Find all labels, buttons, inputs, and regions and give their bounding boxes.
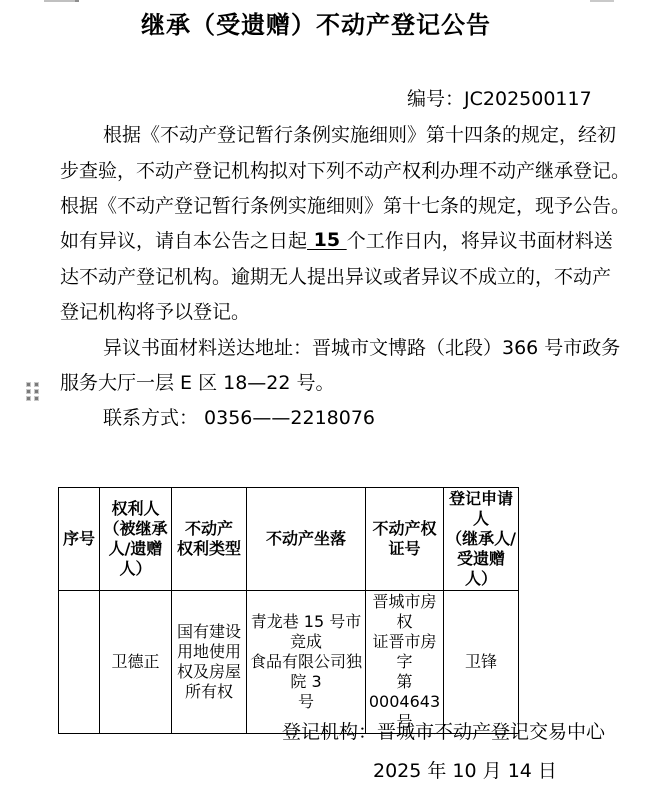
window-edge-artifact-left-tip bbox=[75, 0, 79, 2]
notice-body: 根据《不动产登记暂行条例实施细则》第十四条的规定，经初步查验，不动产登记机构拟对… bbox=[60, 116, 652, 435]
body-line: 登记机构将予以登记。 bbox=[60, 293, 652, 328]
cell-rights-holder: 卫德正 bbox=[100, 591, 172, 734]
text-segment: 登记机构将予以登记。 bbox=[60, 297, 250, 324]
text-segment: 步查验，不动产登记机构拟对下列不动产权利办理不动产继承登记。 bbox=[60, 156, 630, 183]
col-header-property-location: 不动产坐落 bbox=[247, 488, 366, 591]
col-header-certificate-no: 不动产权证号 bbox=[366, 488, 444, 591]
cell-certificate-no: 晋城市房权 证晋市房字 第 0004643 号 bbox=[366, 591, 444, 734]
col-header-applicant: 登记申请人 （继承人/ 受遗赠人） bbox=[444, 488, 519, 591]
cell-right-type: 国有建设 用地使用 权及房屋 所有权 bbox=[172, 591, 247, 734]
body-line: 根据《不动产登记暂行条例实施细则》第十七条的规定，现予公告。 bbox=[60, 187, 652, 222]
text-segment: 达不动产登记机构。逾期无人提出异议或者异议不成立的，不动产 bbox=[60, 262, 611, 289]
text-segment: 如有异议，请自本公告之日起 bbox=[60, 226, 307, 253]
cell-property-location: 青龙巷 15 号市竞成 食品有限公司独院 3 号 bbox=[247, 591, 366, 734]
text-segment: 15 bbox=[307, 229, 347, 251]
body-line: 如有异议，请自本公告之日起 15 个工作日内，将异议书面材料送 bbox=[60, 222, 652, 257]
body-line: 异议书面材料送达地址：晋城市文博路（北段）366 号市政务 bbox=[60, 328, 652, 363]
col-header-serial: 序号 bbox=[59, 488, 100, 591]
text-segment: 个工作日内，将异议书面材料送 bbox=[347, 226, 613, 253]
registration-table: 序号 权利人 （被继承 人/遗赠 人） 不动产 权利类型 不动产坐落 不动产权证… bbox=[58, 487, 519, 734]
text-segment: 异议书面材料送达地址：晋城市文博路（北段）366 号市政务 bbox=[103, 333, 620, 360]
notice-document-page: 继承（受遗赠）不动产登记公告 编号：JC202500117 根据《不动产登记暂行… bbox=[0, 0, 657, 792]
body-line: 达不动产登记机构。逾期无人提出异议或者异议不成立的，不动产 bbox=[60, 258, 652, 293]
table-header-row: 序号 权利人 （被继承 人/遗赠 人） 不动产 权利类型 不动产坐落 不动产权证… bbox=[59, 488, 519, 591]
notice-date: 2025 年 10 月 14 日 bbox=[373, 756, 557, 783]
page-title: 继承（受遗赠）不动产登记公告 bbox=[0, 5, 632, 40]
text-segment: 根据《不动产登记暂行条例实施细则》第十四条的规定，经初 bbox=[103, 120, 616, 147]
body-line: 根据《不动产登记暂行条例实施细则》第十四条的规定，经初 bbox=[60, 116, 652, 151]
drag-handle-icon[interactable] bbox=[27, 383, 38, 400]
window-edge-artifact-left bbox=[44, 0, 75, 2]
cell-serial bbox=[59, 591, 100, 734]
doc-number-label: 编号： bbox=[407, 88, 464, 110]
text-segment: 根据《不动产登记暂行条例实施细则》第十七条的规定，现予公告。 bbox=[60, 191, 630, 218]
body-line: 步查验，不动产登记机构拟对下列不动产权利办理不动产继承登记。 bbox=[60, 151, 652, 186]
registry-authority-line: 登记机构：晋城市不动产登记交易中心 bbox=[282, 717, 605, 744]
table-row: 卫德正 国有建设 用地使用 权及房屋 所有权 青龙巷 15 号市竞成 食品有限公… bbox=[59, 591, 519, 734]
body-line: 联系方式： 0356——2218076 bbox=[60, 399, 652, 434]
cell-applicant: 卫锋 bbox=[444, 591, 519, 734]
text-segment: 服务大厅一层 E 区 18—22 号。 bbox=[60, 368, 335, 395]
doc-number-line: 编号：JC202500117 bbox=[407, 84, 592, 111]
doc-number-value: JC202500117 bbox=[464, 88, 592, 110]
body-line: 服务大厅一层 E 区 18—22 号。 bbox=[60, 364, 652, 399]
text-segment: 联系方式： 0356——2218076 bbox=[103, 403, 375, 430]
col-header-right-type: 不动产 权利类型 bbox=[172, 488, 247, 591]
col-header-rights-holder: 权利人 （被继承 人/遗赠 人） bbox=[100, 488, 172, 591]
window-edge-artifact-right bbox=[590, 0, 614, 2]
